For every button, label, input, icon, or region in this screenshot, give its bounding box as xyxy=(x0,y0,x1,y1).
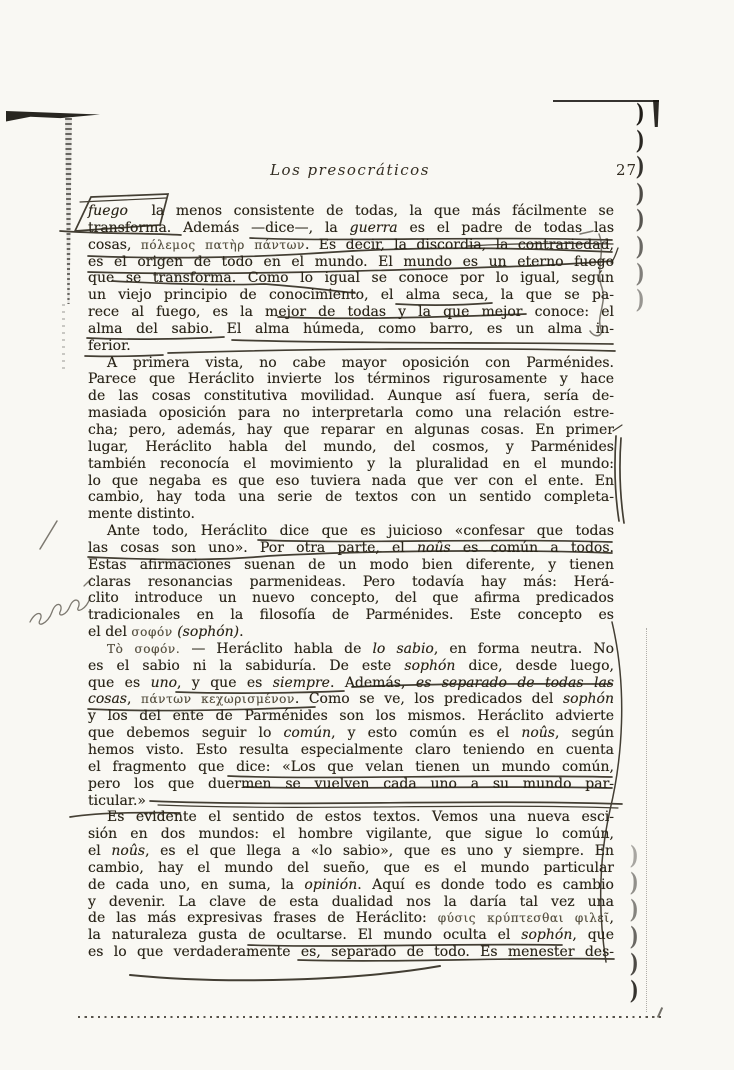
text-line: el fragmento que dice: «Los que velan ti… xyxy=(88,759,614,776)
text-line: pero los que duermen se vuelven cada uno… xyxy=(88,776,614,793)
text-line: Τὸ σοφόν. — Heráclito habla de lo sabio,… xyxy=(88,641,614,658)
text-line: es lo que verdaderamente es, separado de… xyxy=(88,944,614,961)
paragraph: fuego la menos consistente de todas, la … xyxy=(88,203,614,355)
text-line: clito introduce un nuevo concepto, del q… xyxy=(88,590,614,607)
text-line: lo que negaba es que eso tuviera nada qu… xyxy=(88,473,614,490)
page-header: Los presocráticos 27 xyxy=(88,161,612,181)
text-line: de las cosas constitutiva movilidad. Aun… xyxy=(88,388,614,405)
text-line: Es evidente el sentido de estos textos. … xyxy=(88,809,614,826)
binding-mark: ) xyxy=(636,129,645,155)
text-line: cha; pero, además, hay que reparar en al… xyxy=(88,422,614,439)
boxed-word-fuego: fuego xyxy=(88,203,128,219)
paragraph: A primera vista, no cabe mayor oposición… xyxy=(88,355,614,523)
text-line: alma del sabio. El alma húmeda, como bar… xyxy=(88,321,614,338)
binding-mark: ) xyxy=(636,288,645,314)
ink-blob-top-left xyxy=(6,109,100,122)
text-line: cosas, πόλεμος πατὴρ πάντων. Es decir, l… xyxy=(88,237,614,254)
text-line: ferior. xyxy=(88,338,614,355)
text-line: Estas afirmaciones suenan de un modo bie… xyxy=(88,557,614,574)
text-line: la naturaleza gusta de ocultarse. El mun… xyxy=(88,927,614,944)
text-line: las cosas son uno». Por otra parte, el n… xyxy=(88,540,614,557)
binding-mark: ) xyxy=(630,871,639,897)
paragraph: Es evidente el sentido de estos textos. … xyxy=(88,809,614,961)
binding-mark: ) xyxy=(636,155,645,181)
paragraph: Ante todo, Heráclito dice que es juicios… xyxy=(88,523,614,641)
text-line: hemos visto. Esto resulta especialmente … xyxy=(88,742,614,759)
running-title: Los presocráticos xyxy=(88,161,612,179)
text-line: y los del ente de Parménides son los mis… xyxy=(88,708,614,725)
text-line: A primera vista, no cabe mayor oposición… xyxy=(88,355,614,372)
text-line: Ante todo, Heráclito dice que es juicios… xyxy=(88,523,614,540)
text-line: también reconocía el movimiento y la plu… xyxy=(88,456,614,473)
binding-mark: ) xyxy=(636,182,645,208)
binding-mark: ) xyxy=(636,235,645,261)
text-line: y devenir. La clave de esta dualidad nos… xyxy=(88,894,614,911)
binding-mark: ) xyxy=(636,209,645,235)
scanned-book-page: Los presocráticos 27 fuego la menos cons… xyxy=(0,0,734,1070)
page-number: 27 xyxy=(616,161,637,179)
binding-mark: ) xyxy=(636,102,645,128)
handwritten-note xyxy=(30,578,92,624)
text-line: rece al fuego, es la mejor de todas y la… xyxy=(88,304,614,321)
text-line: que debemos seguir lo común, y esto comú… xyxy=(88,725,614,742)
binding-mark: ) xyxy=(630,898,639,924)
text-line: el del σοφόν (sophón). xyxy=(88,624,614,641)
scan-streak-left-tail xyxy=(62,304,65,370)
faint-dotted-vertical-line xyxy=(646,628,647,1012)
text-line: masiada oposición para no interpretarla … xyxy=(88,405,614,422)
text-line: claras resonancias parmenideas. Pero tod… xyxy=(88,574,614,591)
text-line: ticular.» xyxy=(88,793,614,810)
text-line: transforma. Además —dice—, la guerra es … xyxy=(88,220,614,237)
text-line: es el origen de todo en el mundo. El mun… xyxy=(88,254,614,271)
bottom-dotted-separator xyxy=(78,1016,662,1018)
text-line: cambio, hay el mundo del sueño, que es e… xyxy=(88,860,614,877)
text-line: lugar, Heráclito habla del mundo, del co… xyxy=(88,439,614,456)
text-line: un viejo principio de conocimiento, el a… xyxy=(88,287,614,304)
binding-mark: ) xyxy=(630,844,639,870)
body-text: fuego la menos consistente de todas, la … xyxy=(88,203,614,961)
text-line: tradicionales en la filosofía de Parméni… xyxy=(88,607,614,624)
text-line: que es uno, y que es siempre. Además, es… xyxy=(88,675,614,692)
text-line: fuego la menos consistente de todas, la … xyxy=(88,203,614,220)
corner-mark-top-right-vertical xyxy=(653,100,659,127)
text-line: de cada uno, en suma, la opinión. Aquí e… xyxy=(88,877,614,894)
text-line: cosas, πάντων κεχωρισμένον. Como se ve, … xyxy=(88,691,614,708)
left-slash xyxy=(40,521,57,549)
text-line: Parece que Heráclito invierte los términ… xyxy=(88,371,614,388)
text-line: sión en dos mundos: el hombre vigilante,… xyxy=(88,826,614,843)
text-line: cambio, hay toda una serie de textos con… xyxy=(88,489,614,506)
text-line: mente distinto. xyxy=(88,506,614,523)
text-line: es el sabio ni la sabiduría. De este sop… xyxy=(88,658,614,675)
margin-double-line xyxy=(613,425,624,523)
text-line: el noûs, es el que llega a «lo sabio», q… xyxy=(88,843,614,860)
binding-mark: ) xyxy=(630,952,639,978)
scan-streak-left xyxy=(64,118,73,304)
binding-mark: ) xyxy=(636,262,645,288)
paragraph: Τὸ σοφόν. — Heráclito habla de lo sabio,… xyxy=(88,641,614,809)
text-line: que se transforma. Como lo igual se cono… xyxy=(88,270,614,287)
binding-mark: ) xyxy=(630,925,639,951)
binding-mark: ) xyxy=(630,979,639,1005)
text-line: de las más expresivas frases de Heráclit… xyxy=(88,910,614,927)
